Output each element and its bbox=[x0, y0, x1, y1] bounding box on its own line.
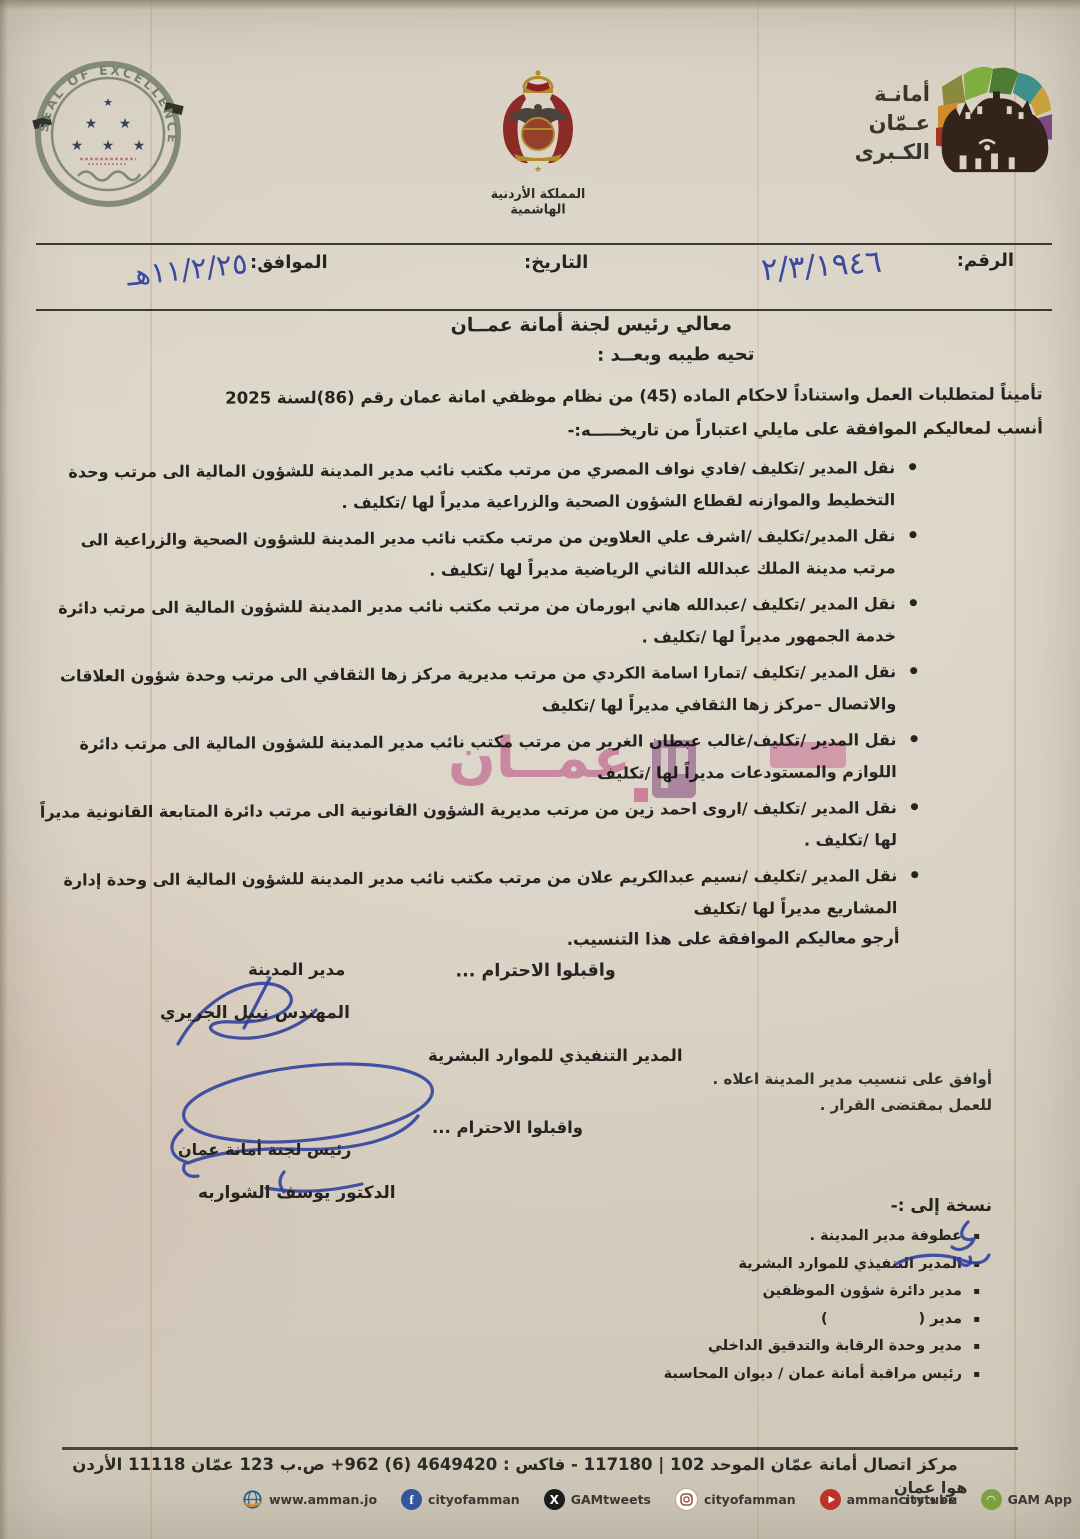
facebook-icon bbox=[401, 1489, 422, 1510]
radio-frequency: 105.9 FM bbox=[894, 1497, 968, 1507]
svg-text:★: ★ bbox=[103, 96, 113, 109]
footer-rule bbox=[62, 1447, 1018, 1450]
gam-logo-icon bbox=[936, 60, 1054, 182]
copy-recipient-item: عطوفة مدير المدينة . bbox=[664, 1223, 962, 1251]
social-facebook: cityofamman bbox=[401, 1489, 520, 1510]
seal-of-excellence-icon: SEAL OF EXCELLENCE ★ ★ ★ ★ ★ ★ bbox=[32, 58, 184, 210]
copy-recipient-item: رئيس مراقبة أمانة عمان / ديوان المحاسبة bbox=[664, 1361, 962, 1389]
ref-date-label: التاريخ: bbox=[524, 252, 588, 273]
svg-text:★: ★ bbox=[102, 138, 115, 154]
social-gam-app: GAM App bbox=[981, 1489, 1072, 1510]
jordan-coat-of-arms: ★ المملكة الأردنية الهاشمية bbox=[462, 64, 614, 216]
salutation-line: تحيه طيبه وبعــد : bbox=[34, 344, 754, 369]
chairman-signature bbox=[138, 1058, 448, 1198]
svg-text:★: ★ bbox=[133, 138, 146, 154]
approval-note: أوافق على تنسيب مدير المدينة اعلاه . للع… bbox=[713, 1066, 992, 1118]
transfer-item: نقل المدير /تكليف /فادي نواف المصري من م… bbox=[35, 452, 895, 521]
ref-number-label: الرقم: bbox=[957, 250, 1014, 271]
city-manager-name: المهندس نبيل الجريري bbox=[160, 1003, 350, 1023]
gam-app-icon bbox=[981, 1489, 1002, 1510]
copy-recipient-item: المدير التنفيذي للموارد البشرية bbox=[664, 1251, 962, 1279]
hr-salute-line: واقبلوا الاحترام ... bbox=[432, 1118, 583, 1137]
gam-name-line: عـمّان bbox=[855, 109, 930, 138]
copies-block: نسخة إلى :- عطوفة مدير المدينة .المدير ا… bbox=[664, 1196, 992, 1388]
intro-paragraph: تأميناً لمتطلبات العمل واستناداً لاحكام … bbox=[35, 377, 1043, 450]
svg-text:★: ★ bbox=[71, 138, 84, 154]
intro-line-1: تأميناً لمتطلبات العمل واستناداً لاحكام … bbox=[225, 384, 1043, 407]
closing-request-line: أرجو معاليكم الموافقة على هذا التنسيب. bbox=[37, 928, 899, 952]
instagram-icon bbox=[675, 1488, 698, 1511]
city-manager-title: مدير المدينة bbox=[248, 960, 345, 979]
gam-name-text: أمانـة عـمّان الكـبرى bbox=[855, 80, 930, 167]
radio-logo: هوا عمان 105.9 FM bbox=[894, 1478, 968, 1507]
transfer-item: نقل المدير /تكليف /تمارا اسامة الكردي من… bbox=[36, 656, 896, 725]
transfer-item: نقل المدير/تكليف /اشرف علي العلاوين من م… bbox=[35, 520, 895, 589]
letter-body: معالي رئيس لجنة أمانة عمــان تحيه طيبه و… bbox=[34, 311, 1045, 983]
copies-heading: نسخة إلى :- bbox=[664, 1196, 992, 1216]
transfer-item: نقل المدير /تكليف /عبدالله هاني ابورمان … bbox=[36, 588, 896, 657]
social-label: cityofamman bbox=[428, 1492, 520, 1507]
chairman-title: رئيس لجنة أمانة عمان bbox=[178, 1140, 351, 1159]
svg-text:★: ★ bbox=[534, 165, 542, 175]
svg-text:★: ★ bbox=[85, 116, 98, 132]
intro-line-2: أنسب لمعاليكم الموافقة على مايلي اعتبارا… bbox=[567, 418, 1042, 439]
coat-of-arms-icon: ★ bbox=[468, 64, 608, 180]
transfer-item: نقل المدير /تكليف /نسيم عبدالكريم علان م… bbox=[37, 860, 897, 929]
youtube-icon bbox=[820, 1489, 841, 1510]
recipient-line: معالي رئيس لجنة أمانة عمــان bbox=[87, 311, 1080, 338]
header-rule-bottom bbox=[36, 309, 1052, 311]
x-twitter-icon bbox=[544, 1489, 565, 1510]
approval-note-line-2: للعمل بمقتضى القرار . bbox=[713, 1092, 992, 1118]
ref-approved-handwritten: ١١/٢/٢٥هـ bbox=[17, 246, 249, 304]
transfer-item: نقل المدير /تكليف /اروى احمد زين من مرتب… bbox=[37, 792, 897, 861]
ref-approved-label: الموافق: bbox=[250, 252, 328, 273]
chairman-name: الدكتور يوسف الشواربه bbox=[198, 1183, 396, 1203]
header-rule-top bbox=[36, 243, 1052, 245]
approval-note-line-1: أوافق على تنسيب مدير المدينة اعلاه . bbox=[713, 1066, 992, 1092]
social-label: GAMtweets bbox=[571, 1492, 651, 1507]
social-x: GAMtweets bbox=[544, 1489, 651, 1510]
footer-contact-line: مركز اتصال أمانة عمّان الموحد 102 | 1171… bbox=[0, 1455, 1055, 1474]
gam-name-line: أمانـة bbox=[855, 80, 930, 109]
hr-director-title: المدير التنفيذي للموارد البشرية bbox=[428, 1046, 683, 1065]
copy-recipient-item: مدير ( ) bbox=[664, 1306, 962, 1334]
social-label: cityofamman bbox=[704, 1492, 796, 1507]
paper-edge-shadow bbox=[0, 0, 8, 1539]
copy-recipient-item: مدير دائرة شؤون الموظفين bbox=[664, 1278, 962, 1306]
gam-logo-block: أمانـة عـمّان الكـبرى bbox=[855, 60, 1054, 182]
gam-name-line: الكـبرى bbox=[855, 138, 930, 167]
kingdom-name-calligraphy: المملكة الأردنية الهاشمية bbox=[462, 185, 614, 217]
social-label: GAM App bbox=[1008, 1492, 1072, 1507]
scanned-letter-page: SEAL OF EXCELLENCE ★ ★ ★ ★ ★ ★ ★ bbox=[0, 0, 1080, 1539]
ref-number-handwritten: ٢/٣/١٩٤٦ bbox=[760, 244, 883, 288]
radio-name: هوا عمان bbox=[894, 1478, 968, 1497]
copy-recipient-item: مدير وحدة الرقابة والتدقيق الداخلي bbox=[664, 1333, 962, 1361]
seal-of-excellence-logo: SEAL OF EXCELLENCE ★ ★ ★ ★ ★ ★ bbox=[32, 58, 184, 210]
svg-text:★: ★ bbox=[119, 116, 132, 132]
copies-list: عطوفة مدير المدينة .المدير التنفيذي للمو… bbox=[664, 1223, 992, 1388]
transfer-items-list: نقل المدير /تكليف /فادي نواف المصري من م… bbox=[35, 451, 1045, 928]
social-instagram: cityofamman bbox=[675, 1488, 796, 1511]
paper-edge-shadow bbox=[0, 0, 1080, 10]
globe-icon bbox=[242, 1489, 263, 1510]
transfer-item: نقل المدير /تكليف/غالب عبطان الغرير من م… bbox=[36, 724, 896, 793]
social-label: www.amman.jo bbox=[269, 1492, 377, 1507]
social-website: www.amman.jo bbox=[242, 1489, 377, 1510]
